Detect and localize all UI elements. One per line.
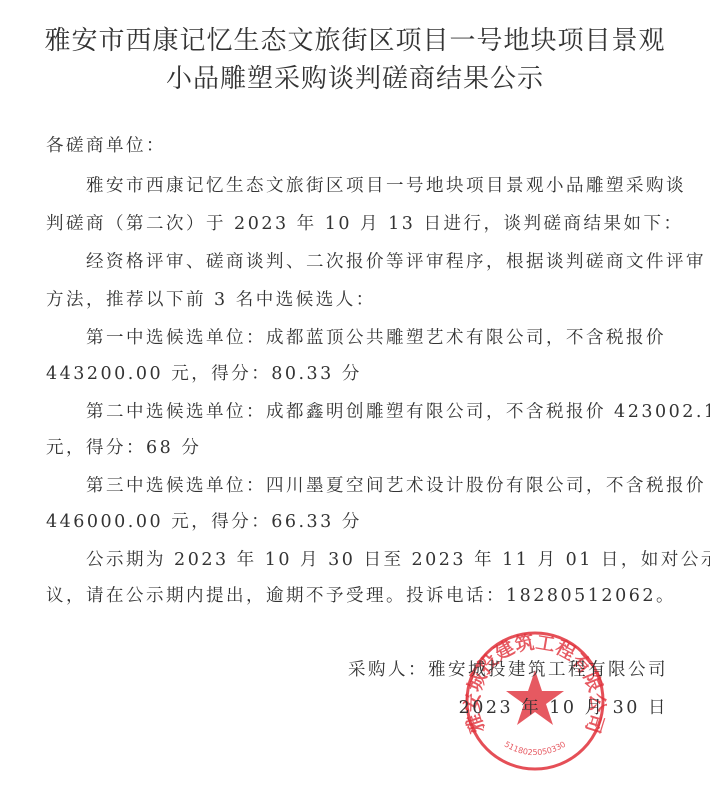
method-paragraph-line-2: 方法，推荐以下前 3 名中选候选人：: [46, 286, 676, 311]
candidate-1-line-1: 第一中选候选单位：成都蓝顶公共雕塑艺术有限公司，不含税报价: [86, 324, 710, 349]
svg-text:5118025050330: 5118025050330: [503, 740, 568, 757]
stamp-ring-text: 雅安城投建筑工程有限公司: [462, 630, 608, 736]
purchaser-name: 采购人：雅安城投建筑工程有限公司: [348, 656, 668, 681]
stamp-code: 5118025050330: [503, 740, 568, 757]
candidate-3-line-1: 第三中选候选单位：四川墨夏空间艺术设计股份有限公司，不含税报价: [86, 472, 710, 497]
candidate-3-line-2: 446000.00 元，得分：66.33 分: [46, 508, 676, 533]
candidate-2-line-2: 元，得分：68 分: [46, 434, 676, 459]
notice-line-2: 议，请在公示期内提出，逾期不予受理。投诉电话：18280512062。: [46, 582, 676, 607]
svg-text:雅安城投建筑工程有限公司: 雅安城投建筑工程有限公司: [462, 630, 608, 736]
method-paragraph-line-1: 经资格评审、磋商谈判、二次报价等评审程序，根据谈判磋商文件评审: [86, 248, 710, 273]
title-line-1: 雅安市西康记忆生态文旅街区项目一号地块项目景观: [0, 20, 710, 57]
title-line-2: 小品雕塑采购谈判磋商结果公示: [0, 58, 710, 95]
signature-date: 2023 年 10 月 30 日: [459, 694, 668, 719]
salutation: 各磋商单位：: [46, 132, 676, 157]
intro-paragraph-line-1: 雅安市西康记忆生态文旅街区项目一号地块项目景观小品雕塑采购谈: [86, 172, 710, 197]
candidate-2-line-1: 第二中选候选单位：成都鑫明创雕塑有限公司，不含税报价 423002.11: [86, 398, 710, 423]
notice-line-1: 公示期为 2023 年 10 月 30 日至 2023 年 11 月 01 日，…: [86, 546, 710, 571]
intro-paragraph-line-2: 判磋商（第二次）于 2023 年 10 月 13 日进行，谈判磋商结果如下：: [46, 210, 676, 235]
candidate-1-line-2: 443200.00 元，得分：80.33 分: [46, 360, 676, 385]
